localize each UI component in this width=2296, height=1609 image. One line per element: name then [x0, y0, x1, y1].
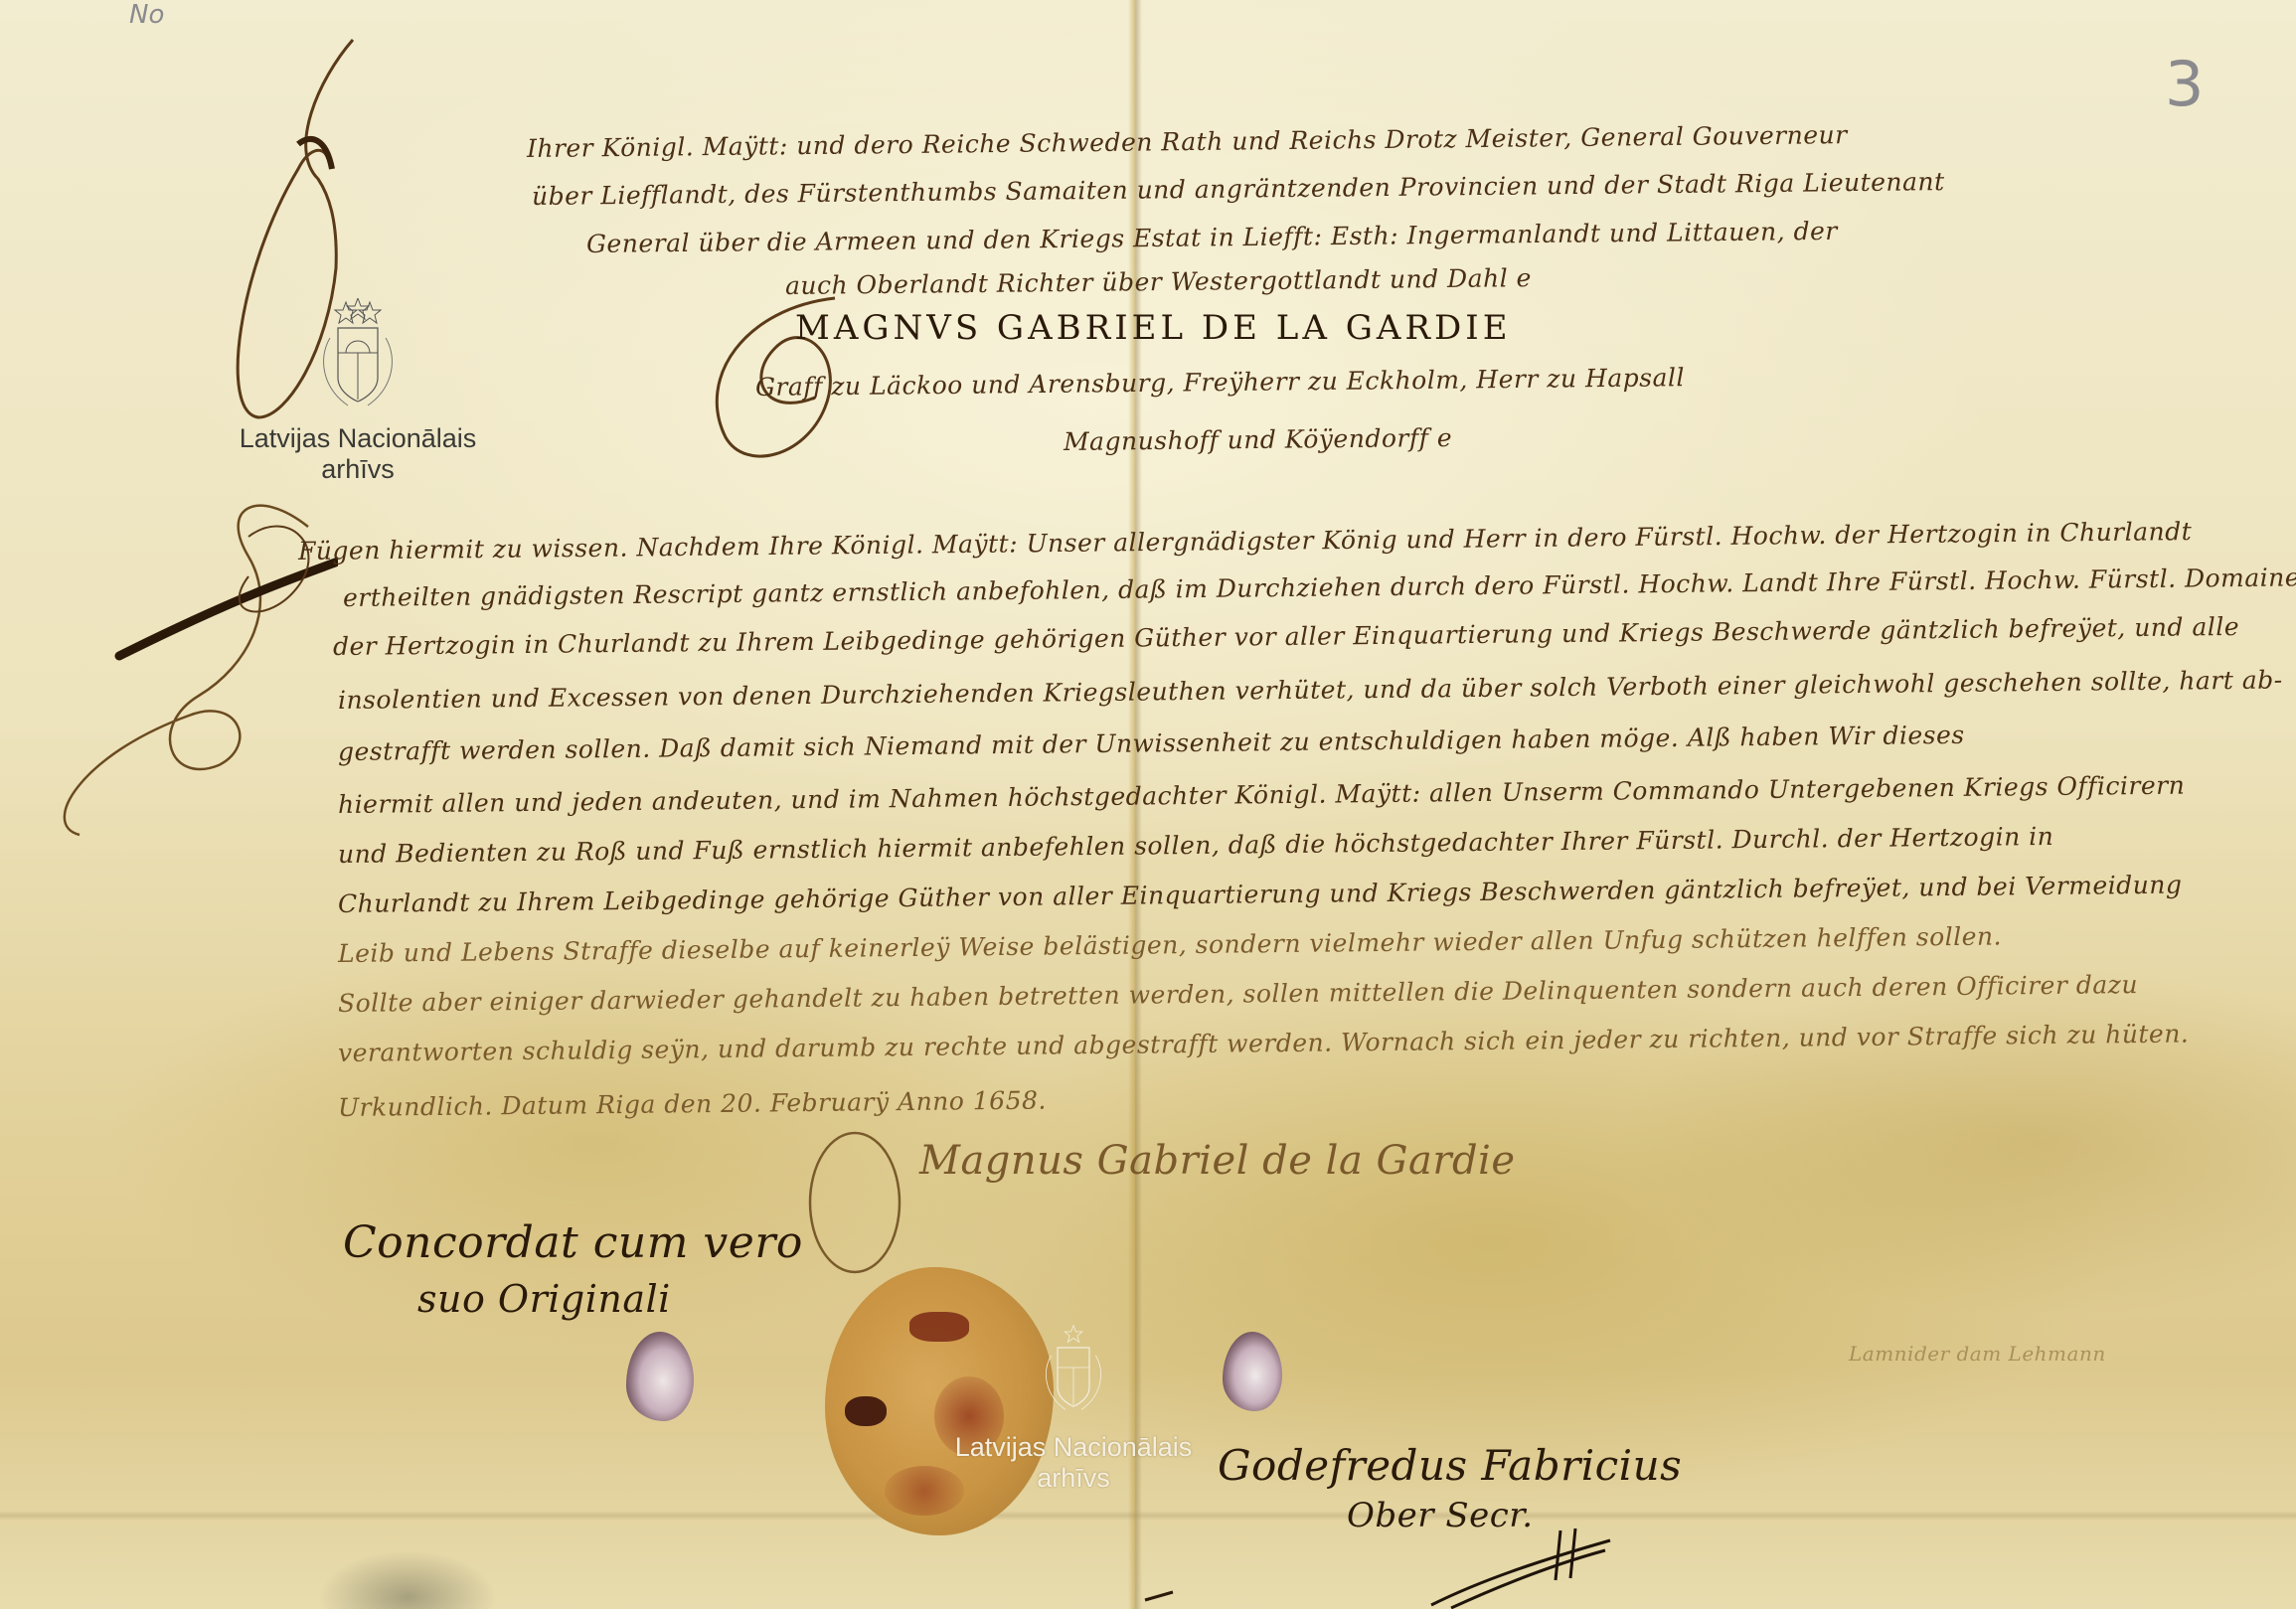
body-date-line: Urkundlich. Datum Riga den 20. Februarÿ …: [338, 1086, 1047, 1122]
issuer-name-heading: MAGNVS GABRIEL DE LA GARDIE: [795, 308, 1512, 348]
faint-margin-note: Lamnider dam Lehmann: [1849, 1342, 2106, 1366]
body-line-8: Churlandt zu Ihrem Leibgedinge gehörige …: [338, 871, 2183, 918]
body-line-9: Leib und Lebens Straffe dieselbe auf kei…: [338, 921, 2002, 968]
watermark-subtitle-lower: arhīvs: [939, 1463, 1208, 1493]
seal-hole-right: [1223, 1332, 1282, 1411]
body-line-10: Sollte aber einiger darwieder gehandelt …: [338, 970, 2138, 1018]
archive-watermark-lower: Latvijas Nacionālais arhīvs: [939, 1317, 1208, 1493]
attestation-line-2: suo Originali: [417, 1277, 671, 1321]
issuer-titles-line-2: Magnushoff und Köÿendorff e: [1064, 423, 1452, 456]
watermark-title: Latvijas Nacionālais: [239, 422, 477, 454]
ink-mark-icon: [1143, 1590, 1183, 1609]
body-line-2: ertheilten gnädigsten Rescript gantz ern…: [343, 563, 2296, 612]
folio-number: 3: [2165, 48, 2204, 120]
signature-flourish-icon: [795, 1123, 914, 1282]
header-line-3: General über die Armeen und den Kriegs E…: [586, 217, 1838, 258]
primary-signature: Magnus Gabriel de la Gardie: [919, 1138, 1516, 1184]
secretary-signature: Godefredus Fabricius: [1218, 1441, 1682, 1490]
coat-of-arms-icon: [308, 298, 408, 417]
body-line-3: der Hertzogin in Churlandt zu Ihrem Leib…: [333, 612, 2239, 661]
archive-watermark: Latvijas Nacionālais arhīvs: [239, 298, 477, 484]
attestation-line-1: Concordat cum vero: [343, 1217, 803, 1268]
header-line-2: über Liefflandt, des Fürstenthumbs Samai…: [532, 167, 1945, 211]
body-line-1: Fügen hiermit zu wissen. Nachdem Ihre Kö…: [298, 517, 2193, 565]
body-line-6: hiermit allen und jeden andeuten, und im…: [338, 771, 2186, 819]
document-page: No 3 Ihrer Königl. Maÿtt: und dero Reich…: [0, 0, 2296, 1609]
damp-stain: [318, 1550, 497, 1609]
horizontal-fold-crease: [0, 1511, 2296, 1521]
header-line-1: Ihrer Königl. Maÿtt: und dero Reiche Sch…: [527, 120, 1848, 163]
coat-of-arms-icon: [1034, 1317, 1113, 1426]
watermark-title-lower: Latvijas Nacionālais: [939, 1431, 1208, 1463]
paraph-flourish-icon: [1421, 1521, 1620, 1609]
body-line-4: insolentien und Excessen von denen Durch…: [338, 666, 2283, 715]
body-line-5: gestrafft werden sollen. Daß damit sich …: [338, 721, 1965, 766]
corner-pencil-mark: No: [129, 0, 164, 30]
body-line-11: verantworten schuldig seÿn, und darumb z…: [338, 1019, 2190, 1067]
body-initial-flourish-icon: [20, 467, 338, 845]
body-line-7: und Bedienten zu Roß und Fuß ernstlich h…: [338, 822, 2054, 869]
seal-hole-left: [626, 1332, 694, 1421]
